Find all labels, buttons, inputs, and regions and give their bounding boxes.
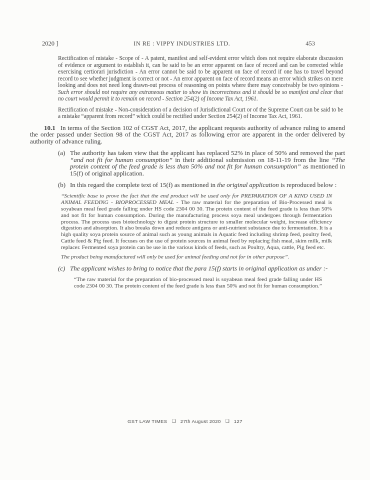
- header-case-title: IN RE : VIPPY INDUSTRIES LTD.: [58, 40, 305, 48]
- para-10-1-text: In terms of the Section 102 of CGST Act,…: [30, 124, 345, 145]
- headnote-rectification-scope: Rectification of mistake - Scope of - A …: [58, 56, 343, 103]
- item-b-run-3: is reproduced below :: [279, 181, 337, 189]
- quote-b-closing-italic: The product being manufactured will only…: [61, 254, 332, 260]
- header-year: 2020 ]: [42, 40, 58, 48]
- item-b-run-2: the original application: [217, 181, 279, 189]
- item-c-run-1: The applicant wishes to bring to notice …: [70, 264, 328, 272]
- footer-issue-date: 27th August 2020: [180, 419, 221, 425]
- law-report-page: 2020 ] IN RE : VIPPY INDUSTRIES LTD. 453…: [0, 0, 370, 480]
- quote-b-body: The raw material for the preparation of …: [61, 199, 332, 250]
- running-header: 2020 ] IN RE : VIPPY INDUSTRIES LTD. 453: [30, 40, 345, 48]
- footer-separator-icon: ❑: [172, 419, 176, 425]
- quote-b-closing-text: The product being manufactured will only…: [61, 254, 289, 260]
- list-item-b: (b) In this regard the complete text of …: [30, 182, 345, 189]
- headnote-2-roman: Rectification of mistake - Non-considera…: [58, 107, 343, 120]
- headnote-1-roman: Rectification of mistake - Scope of - A …: [58, 56, 343, 89]
- footer-journal-name: GST LAW TIMES: [127, 419, 167, 425]
- page-footer: GST LAW TIMES❑27th August 2020❑127: [0, 419, 370, 425]
- quote-15f-original-application: “Scientific base to prove the fact that …: [61, 193, 332, 251]
- footer-separator-icon: ❑: [225, 419, 229, 425]
- item-a-marker: (a): [58, 149, 65, 156]
- header-page-number: 453: [306, 40, 315, 48]
- list-item-c: (c) The applicant wishes to bring to not…: [30, 265, 345, 272]
- item-b-marker: (b): [58, 182, 66, 189]
- para-10-1: 10.1In terms of the Section 102 of CGST …: [30, 124, 345, 145]
- item-b-run-1: In this regard the complete text of 15(f…: [70, 181, 217, 189]
- item-b-text: In this regard the complete text of 15(f…: [70, 182, 345, 189]
- scan-scale-wrapper: 2020 ] IN RE : VIPPY INDUSTRIES LTD. 453…: [0, 0, 370, 480]
- footer-folio-number: 127: [234, 419, 243, 425]
- quote-para-15f-start: “The raw material for the preparation of…: [74, 276, 322, 289]
- item-c-text: The applicant wishes to bring to notice …: [70, 265, 345, 272]
- list-item-a: (a) The authority has taken view that th…: [30, 149, 345, 177]
- quote-c-text: “The raw material for the preparation of…: [74, 276, 322, 288]
- item-c-marker: (c): [58, 265, 65, 272]
- headnote-rectification-nonconsideration: Rectification of mistake - Non-considera…: [58, 107, 343, 121]
- item-a-text: The authority has taken view that the ap…: [70, 149, 345, 177]
- headnote-1-italic: Such error should not require any extran…: [58, 89, 343, 102]
